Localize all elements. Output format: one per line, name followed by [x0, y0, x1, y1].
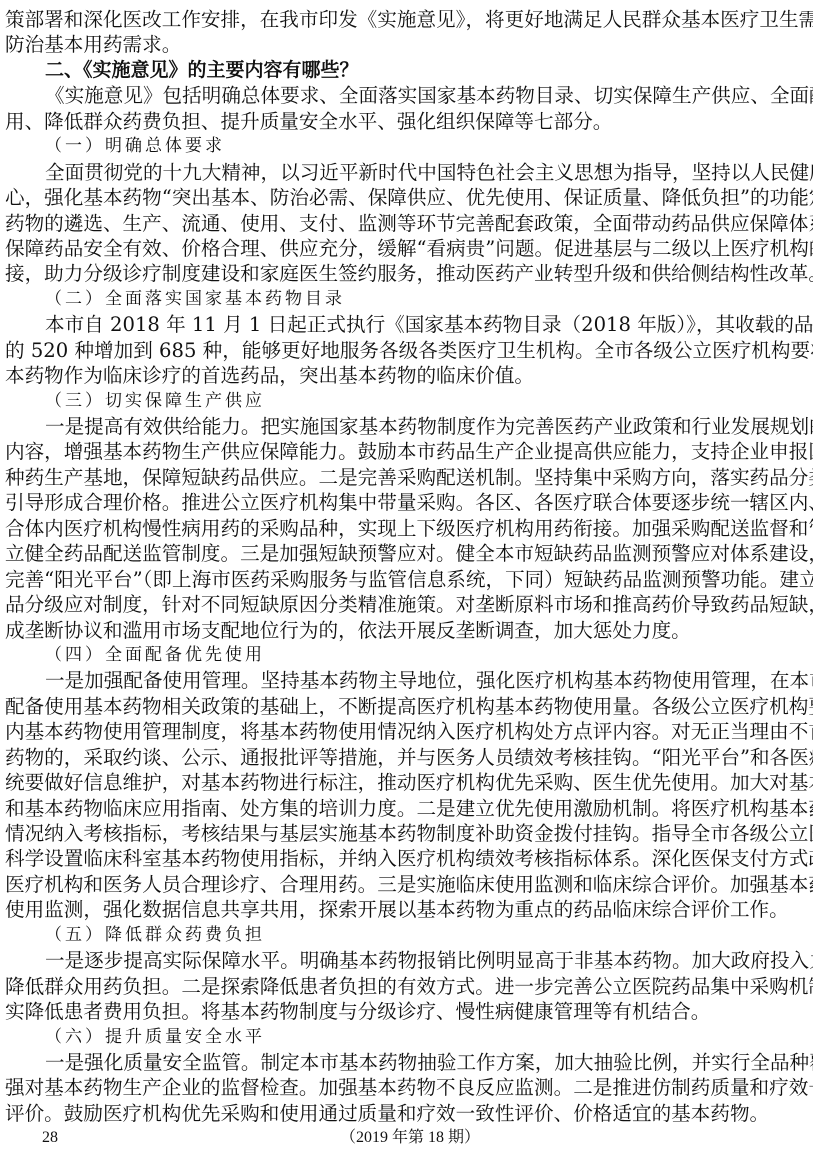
subheading-reduce-burden: （五）降低群众药费负担: [5, 923, 813, 948]
paragraph-intro-continuation: 策部署和深化医改工作安排，在我市印发《实施意见》，将更好地满足人民群众基本医疗卫…: [5, 7, 813, 58]
subheading-general-requirements: （一）明确总体要求: [5, 134, 813, 159]
text-line: 科学设置临床科室基本药物使用指标，并纳入医疗机构绩效考核指标体系。深化医保支付方…: [5, 846, 813, 871]
text-line: 本市自 2018 年 11 月 1 日起正式执行《国家基本药物目录（2018 年…: [5, 312, 813, 337]
paragraph-priority-use: 一是加强配备使用管理。坚持基本药物主导地位，强化医疗机构基本药物使用管理，在本市…: [5, 668, 813, 922]
paragraph-quality-safety: 一是强化质量安全监管。制定本市基本药物抽验工作方案，加大抽验比例，并实行全品种覆…: [5, 1050, 813, 1126]
text-line: 实降低患者费用负担。将基本药物制度与分级诊疗、慢性病健康管理等有机结合。: [5, 999, 813, 1024]
subheading-quality-safety: （六）提升质量安全水平: [5, 1025, 813, 1050]
subheading-priority-use: （四）全面配备优先使用: [5, 643, 813, 668]
page-footer: 28 （2019 年第 18 期）: [0, 1126, 827, 1150]
subheading-production-supply: （三）切实保障生产供应: [5, 389, 813, 414]
document-page: 策部署和深化医改工作安排，在我市印发《实施意见》，将更好地满足人民群众基本医疗卫…: [5, 7, 813, 1126]
paragraph-overview: 《实施意见》包括明确总体要求、全面落实国家基本药物目录、切实保障生产供应、全面配…: [5, 83, 813, 134]
text-line: 一是强化质量安全监管。制定本市基本药物抽验工作方案，加大抽验比例，并实行全品种覆…: [5, 1050, 813, 1075]
text-line: 内基本药物使用管理制度，将基本药物使用情况纳入医疗机构处方点评内容。对无正当理由…: [5, 719, 813, 744]
issue-label: （2019 年第 18 期）: [340, 1126, 480, 1150]
text-line: 成垄断协议和滥用市场支配地位行为的，依法开展反垄断调查，加大惩处力度。: [5, 618, 813, 643]
text-line: 和基本药物临床应用指南、处方集的培训力度。二是建立优先使用激励机制。将医疗机构基…: [5, 796, 813, 821]
text-line: 强对基本药物生产企业的监督检查。加强基本药物不良反应监测。二是推进仿制药质量和疗…: [5, 1075, 813, 1100]
text-line: 用、降低群众药费负担、提升质量安全水平、强化组织保障等七部分。: [5, 109, 813, 134]
text-line: 评价。鼓励医疗机构优先采购和使用通过质量和疗效一致性评价、价格适宜的基本药物。: [5, 1101, 813, 1126]
text-line: 引导形成合理价格。推进公立医疗机构集中带量采购。各区、各医疗联合体要逐步统一辖区…: [5, 490, 813, 515]
text-line: 内容，增强基本药物生产供应保障能力。鼓励本市药品生产企业提高供应能力，支持企业申…: [5, 439, 813, 464]
text-line: 一是逐步提高实际保障水平。明确基本药物报销比例明显高于非基本药物。加大政府投入力…: [5, 948, 813, 973]
text-line: 接，助力分级诊疗制度建设和家庭医生签约服务，推动医药产业转型升级和供给侧结构性改…: [5, 261, 813, 286]
text-line: 策部署和深化医改工作安排，在我市印发《实施意见》，将更好地满足人民群众基本医疗卫…: [5, 7, 813, 32]
text-line: 医疗机构和医务人员合理诊疗、合理用药。三是实施临床使用监测和临床综合评价。加强基…: [5, 872, 813, 897]
text-line: 《实施意见》包括明确总体要求、全面落实国家基本药物目录、切实保障生产供应、全面配…: [5, 83, 813, 108]
text-line: 的 520 种增加到 685 种，能够更好地服务各级各类医疗卫生机构。全市各级公…: [5, 338, 813, 363]
paragraph-national-drug-list: 本市自 2018 年 11 月 1 日起正式执行《国家基本药物目录（2018 年…: [5, 312, 813, 388]
text-line: 防治基本用药需求。: [5, 32, 813, 57]
text-line: 立健全药品配送监管制度。三是加强短缺预警应对。健全本市短缺药品监测预警应对体系建…: [5, 541, 813, 566]
text-line: 一是加强配备使用管理。坚持基本药物主导地位，强化医疗机构基本药物使用管理，在本市…: [5, 668, 813, 693]
paragraph-production-supply: 一是提高有效供给能力。把实施国家基本药物制度作为完善医药产业政策和行业发展规划的…: [5, 414, 813, 643]
paragraph-general-requirements: 全面贯彻党的十九大精神，以习近平新时代中国特色社会主义思想为指导，坚持以人民健康…: [5, 160, 813, 287]
text-line: 药物的，采取约谈、公示、通报批评等措施，并与医务人员绩效考核挂钩。“阳光平台”和…: [5, 745, 813, 770]
text-line: 一是提高有效供给能力。把实施国家基本药物制度作为完善医药产业政策和行业发展规划的…: [5, 414, 813, 439]
text-line: 全面贯彻党的十九大精神，以习近平新时代中国特色社会主义思想为指导，坚持以人民健康…: [5, 160, 813, 185]
text-line: 情况纳入考核指标，考核结果与基层实施基本药物制度补助资金拨付挂钩。指导全市各级公…: [5, 821, 813, 846]
text-line: 使用监测，强化数据信息共享共用，探索开展以基本药物为重点的药品临床综合评价工作。: [5, 897, 813, 922]
text-line: 品分级应对制度，针对不同短缺原因分类精准施策。对垄断原料市场和推高药价导致药品短…: [5, 592, 813, 617]
text-line: 本药物作为临床诊疗的首选药品，突出基本药物的临床价值。: [5, 363, 813, 388]
text-line: 合体内医疗机构慢性病用药的采购品种，实现上下级医疗机构用药衔接。加强采购配送监督…: [5, 516, 813, 541]
subheading-national-drug-list: （二）全面落实国家基本药物目录: [5, 287, 813, 312]
text-line: 种药生产基地，保障短缺药品供应。二是完善采购配送机制。坚持集中采购方向，落实药品…: [5, 465, 813, 490]
text-line: 统要做好信息维护，对基本药物进行标注，推动医疗机构优先采购、医生优先使用。加大对…: [5, 770, 813, 795]
paragraph-reduce-burden: 一是逐步提高实际保障水平。明确基本药物报销比例明显高于非基本药物。加大政府投入力…: [5, 948, 813, 1024]
text-line: 药物的遴选、生产、流通、使用、支付、监测等环节完善配套政策，全面带动药品供应保障…: [5, 211, 813, 236]
section-heading-main-contents: 二、《实施意见》的主要内容有哪些？: [5, 58, 813, 83]
text-line: 保障药品安全有效、价格合理、供应充分，缓解“看病贵”问题。促进基层与二级以上医疗…: [5, 236, 813, 261]
page-number: 28: [42, 1126, 58, 1150]
text-line: 完善“阳光平台”（即上海市医药采购服务与监管信息系统，下同）短缺药品监测预警功能…: [5, 567, 813, 592]
text-line: 配备使用基本药物相关政策的基础上，不断提高医疗机构基本药物使用量。各级公立医疗机…: [5, 694, 813, 719]
text-line: 降低群众用药负担。二是探索降低患者负担的有效方式。进一步完善公立医院药品集中采购…: [5, 974, 813, 999]
text-line: 心，强化基本药物“突出基本、防治必需、保障供应、优先使用、保证质量、降低负担”的…: [5, 185, 813, 210]
